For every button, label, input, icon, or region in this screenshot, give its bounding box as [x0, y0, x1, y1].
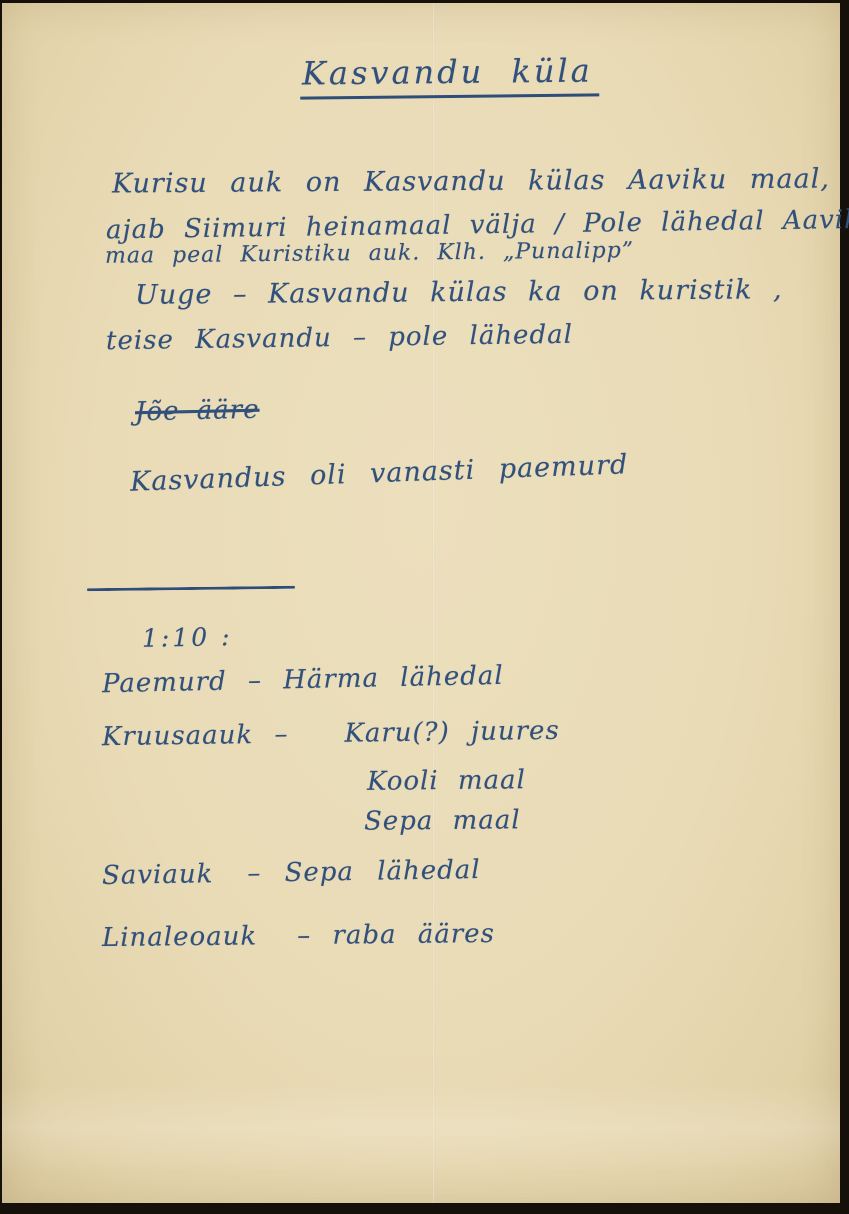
paper-sheet: Kasvandu küla Kurisu auk on Kasvandu kül…: [2, 3, 840, 1203]
list-item-desc: Karu(?) juures: [344, 716, 560, 749]
dash: –: [297, 921, 311, 951]
list-item-paemurd: Paemurd – Härma lähedal: [102, 661, 504, 699]
list-item-term: Linaleoauk: [102, 921, 257, 953]
list-item-desc: Härma lähedal: [283, 661, 504, 696]
list-item-kruusaauk: Kruusaauk –Karu(?) juures: [102, 716, 560, 752]
list-item-desc: Sepa lähedal: [284, 855, 480, 888]
spacing-gap: [213, 882, 247, 883]
paragraph1-line3: maa peal Kuristiku auk. Klh. „Punalipp”: [105, 238, 634, 269]
list-item-term: Kruusaauk –: [102, 720, 289, 753]
list-item-linaleoauk: Linaleoauk– raba ääres: [102, 919, 495, 953]
spacing-gap: [289, 742, 345, 743]
section-divider-line: [87, 586, 295, 592]
quarry-note: Kasvandus oli vanasti paemurd: [130, 449, 629, 497]
list-item-term: Saviauk: [102, 859, 214, 891]
page-title-text: Kasvandu küla: [300, 51, 599, 99]
paragraph1-line1: Kurisu auk on Kasvandu külas Aaviku maal…: [112, 163, 830, 199]
scanned-page: Kasvandu küla Kurisu auk on Kasvandu kül…: [0, 0, 849, 1214]
page-title: Kasvandu küla: [300, 51, 599, 92]
struck-out-text: Jõe ääre: [135, 395, 260, 428]
paper-tonal-band: [2, 1083, 840, 1173]
paragraph2-line1: Uuge – Kasvandu külas ka on kuristik ,: [135, 274, 783, 311]
ratio-label: 1:10 :: [142, 622, 233, 653]
list-item-saviauk: Saviauk– Sepa lähedal: [102, 855, 481, 891]
list-item-term: Paemurd –: [102, 666, 263, 699]
paragraph2-line2: teise Kasvandu – pole lähedal: [106, 320, 573, 357]
dash: –: [247, 858, 261, 888]
list-subitem-sepa-maal: Sepa maal: [364, 805, 521, 836]
list-item-desc: raba ääres: [332, 919, 495, 951]
list-subitem-kooli-maal: Kooli maal: [367, 765, 526, 797]
